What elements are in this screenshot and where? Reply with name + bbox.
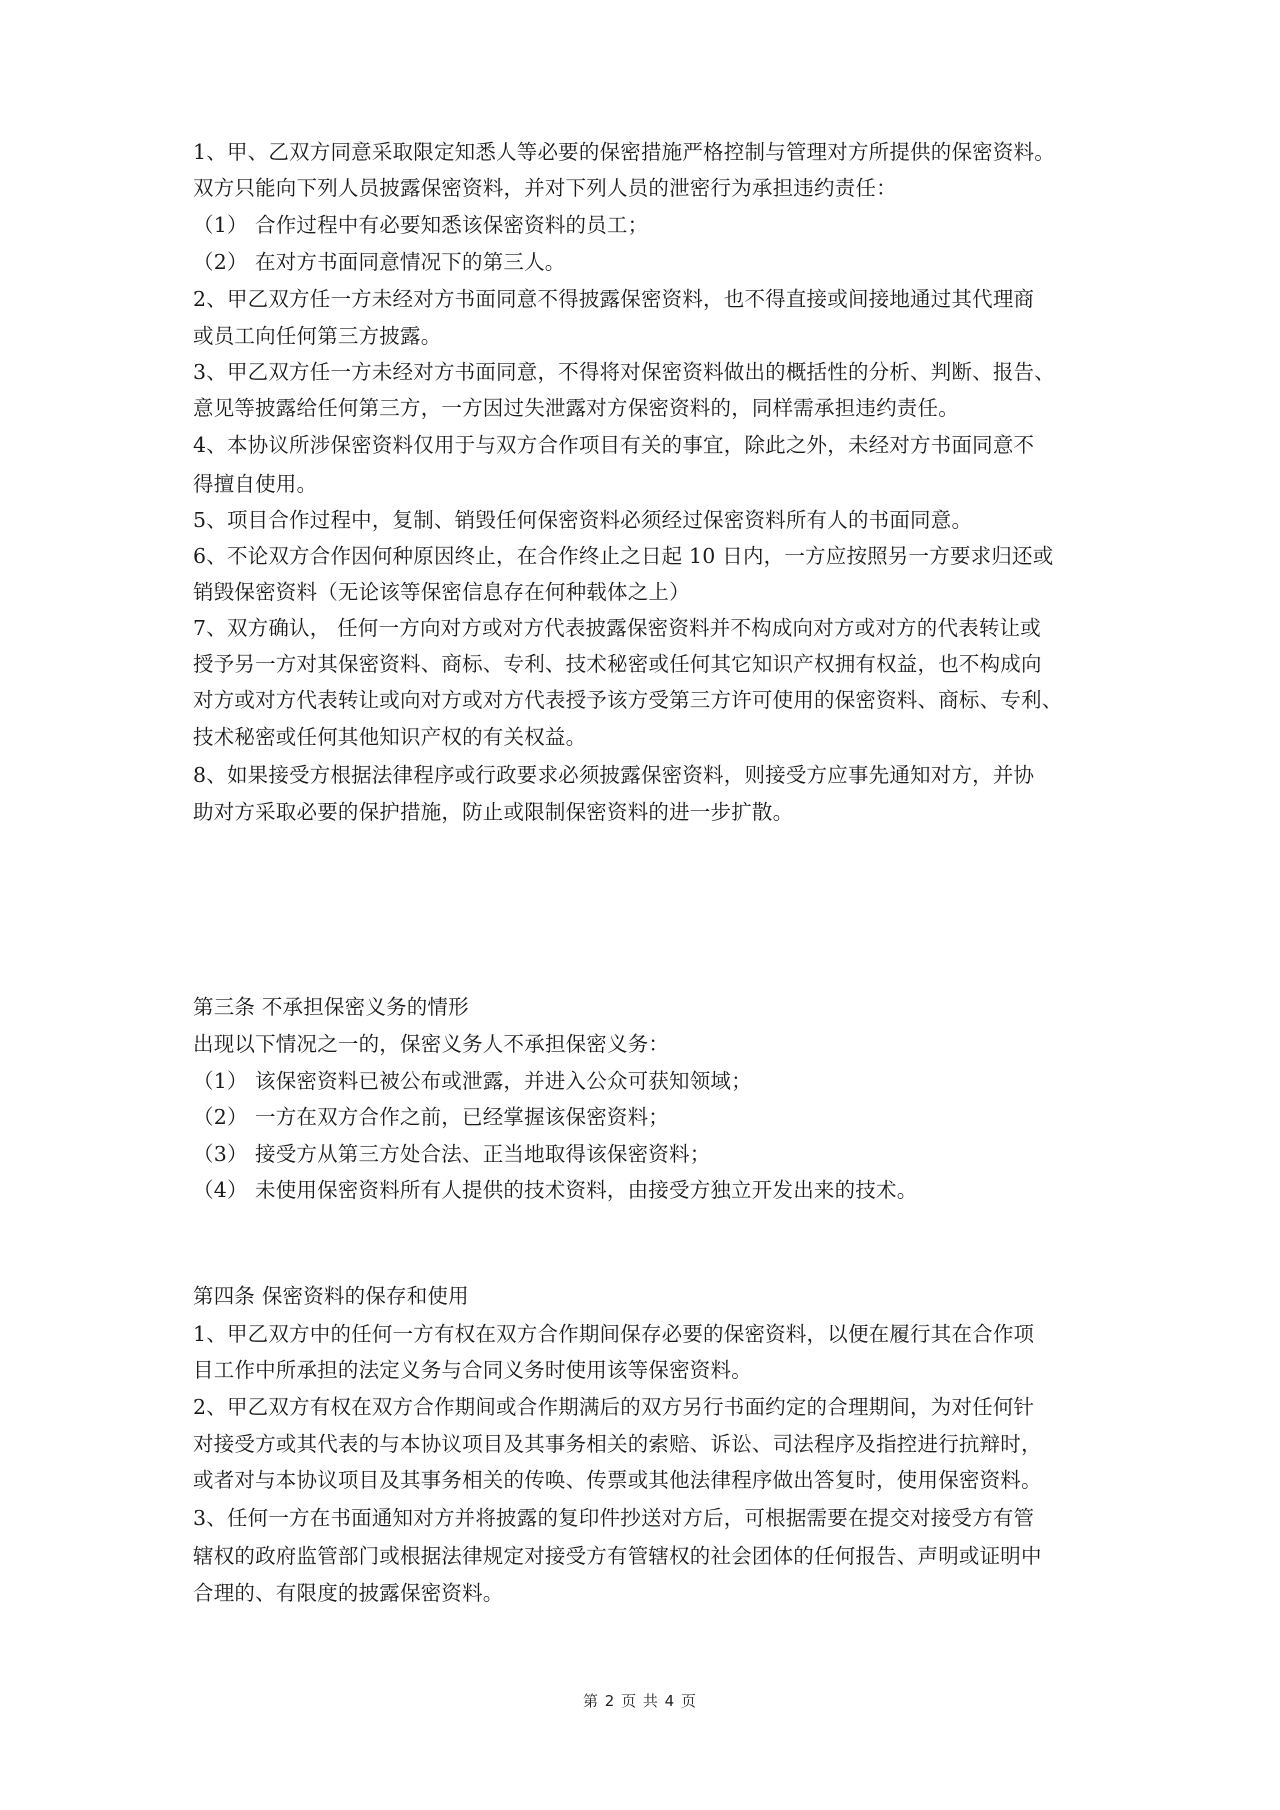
item-number: （3）	[193, 1141, 255, 1167]
section-4-line-2: 目工作中所承担的法定义务与合同义务时使用该等保密资料。	[193, 1357, 752, 1383]
section-3-item-2: （2）一方在双方合作之前，已经掌握该保密资料；	[193, 1104, 669, 1130]
section-4-heading: 第四条 保密资料的保存和使用	[193, 1283, 469, 1309]
clause-2-7-line-3: 对方或对方代表转让或向对方或对方代表授予该方受第三方许可使用的保密资料、商标、专…	[193, 687, 1062, 713]
clause-2-1-subitem-2: （2）在对方书面同意情况下的第三人。	[193, 249, 566, 275]
clause-2-2-line-1: 2、甲乙双方任一方未经对方书面同意不得披露保密资料，也不得直接或间接地通过其代理…	[193, 286, 1034, 312]
section-4-line-6: 3、任何一方在书面通知对方并将披露的复印件抄送对方后，可根据需要在提交对接受方有…	[193, 1505, 1034, 1531]
section-4-line-8: 合理的、有限度的披露保密资料。	[193, 1580, 504, 1606]
item-number: （2）	[193, 1104, 255, 1130]
item-text: 一方在双方合作之前，已经掌握该保密资料；	[255, 1105, 669, 1129]
clause-2-3-line-1: 3、甲乙双方任一方未经对方书面同意，不得将对保密资料做出的概括性的分析、判断、报…	[193, 359, 1055, 385]
section-4-line-3: 2、甲乙双方有权在双方合作期间或合作期满后的双方另行书面约定的合理期间，为对任何…	[193, 1394, 1034, 1420]
section-4-line-5: 或者对与本协议项目及其事务相关的传唤、传票或其他法律程序做出答复时，使用保密资料…	[193, 1467, 1042, 1493]
subitem-text: 合作过程中有必要知悉该保密资料的员工；	[255, 213, 648, 237]
subitem-number: （1）	[193, 212, 255, 238]
clause-2-7-line-4: 技术秘密或任何其他知识产权的有关权益。	[193, 724, 586, 750]
item-text: 该保密资料已被公布或泄露，并进入公众可获知领域；	[255, 1069, 752, 1093]
section-4-line-7: 辖权的政府监管部门或根据法律规定对接受方有管辖权的社会团体的任何报告、声明或证明…	[193, 1543, 1042, 1569]
clause-2-1-line-2: 双方只能向下列人员披露保密资料，并对下列人员的泄密行为承担违约责任：	[193, 175, 897, 201]
section-3-item-4: （4）未使用保密资料所有人提供的技术资料，由接受方独立开发出来的技术。	[193, 1177, 917, 1203]
clause-2-1-subitem-1: （1）合作过程中有必要知悉该保密资料的员工；	[193, 212, 648, 238]
clause-2-6-line-2: 销毁保密资料（无论该等保密信息存在何种载体之上）	[193, 579, 690, 605]
clause-2-3-line-2: 意见等披露给任何第三方，一方因过失泄露对方保密资料的，同样需承担违约责任。	[193, 395, 959, 421]
clause-2-8-line-2: 助对方采取必要的保护措施，防止或限制保密资料的进一步扩散。	[193, 799, 793, 825]
section-3-intro: 出现以下情况之一的，保密义务人不承担保密义务：	[193, 1031, 669, 1057]
item-number: （1）	[193, 1068, 255, 1094]
document-page: 1、甲、乙双方同意采取限定知悉人等必要的保密措施严格控制与管理对方所提供的保密资…	[0, 0, 1280, 1810]
item-text: 接受方从第三方处合法、正当地取得该保密资料；	[255, 1142, 710, 1166]
section-4-line-1: 1、甲乙双方中的任何一方有权在双方合作期间保存必要的保密资料，以便在履行其在合作…	[193, 1321, 1034, 1347]
section-3-item-3: （3）接受方从第三方处合法、正当地取得该保密资料；	[193, 1141, 710, 1167]
item-number: （4）	[193, 1177, 255, 1203]
subitem-number: （2）	[193, 249, 255, 275]
clause-2-7-line-2: 授予另一方对其保密资料、商标、专利、技术秘密或任何其它知识产权拥有权益，也不构成…	[193, 651, 1042, 677]
clause-2-4-line-1: 4、本协议所涉保密资料仅用于与双方合作项目有关的事宜，除此之外，未经对方书面同意…	[193, 432, 1034, 458]
clause-2-5-line-1: 5、项目合作过程中，复制、销毁任何保密资料必须经过保密资料所有人的书面同意。	[193, 507, 972, 533]
section-4-line-4: 对接受方或其代表的与本协议项目及其事务相关的索赔、诉讼、司法程序及指控进行抗辩时…	[193, 1431, 1042, 1457]
subitem-text: 在对方书面同意情况下的第三人。	[255, 250, 566, 274]
clause-2-7-line-1: 7、双方确认， 任何一方向对方或对方代表披露保密资料并不构成向对方或对方的代表转…	[193, 615, 1041, 641]
clause-2-4-line-2: 得擅自使用。	[193, 471, 317, 497]
clause-2-1-line-1: 1、甲、乙双方同意采取限定知悉人等必要的保密措施严格控制与管理对方所提供的保密资…	[193, 139, 1055, 165]
section-3-item-1: （1）该保密资料已被公布或泄露，并进入公众可获知领域；	[193, 1068, 752, 1094]
clause-2-8-line-1: 8、如果接受方根据法律程序或行政要求必须披露保密资料，则接受方应事先通知对方，并…	[193, 762, 1034, 788]
page-indicator: 第 2 页 共 4 页	[0, 1690, 1280, 1712]
clause-2-2-line-2: 或员工向任何第三方披露。	[193, 323, 441, 349]
section-3-heading: 第三条 不承担保密义务的情形	[193, 994, 469, 1020]
item-text: 未使用保密资料所有人提供的技术资料，由接受方独立开发出来的技术。	[255, 1178, 917, 1202]
clause-2-6-line-1: 6、不论双方合作因何种原因终止，在合作终止之日起 10 日内，一方应按照另一方要…	[193, 543, 1053, 569]
